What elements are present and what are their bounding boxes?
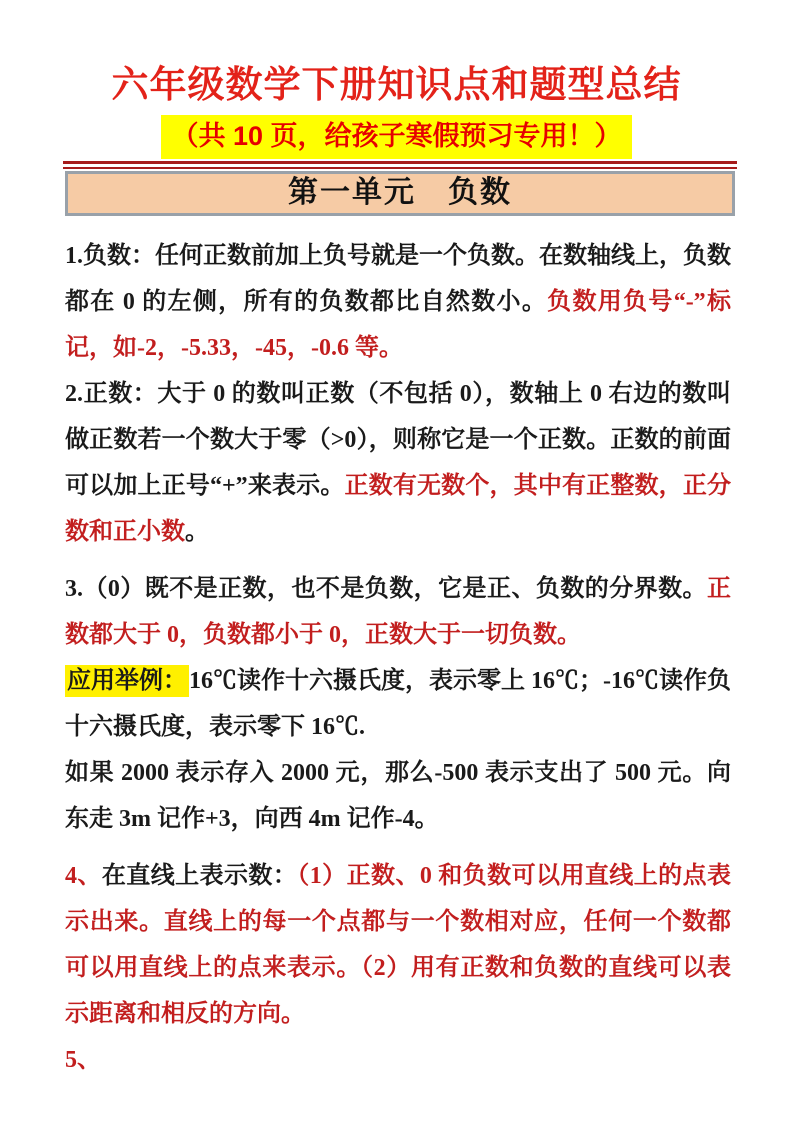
subtitle-row: （共 10 页，给孩子寒假预习专用！） — [0, 115, 793, 159]
document-body: 1.负数：任何正数前加上负号就是一个负数。在数轴线上，负数都在 0 的左侧，所有… — [65, 233, 731, 1083]
unit-heading-box: 第一单元 负数 — [65, 171, 735, 216]
paragraph-negative-number-definition: 1.负数：任何正数前加上负号就是一个负数。在数轴线上，负数都在 0 的左侧，所有… — [65, 233, 731, 371]
text-segment: 4、 — [65, 863, 102, 889]
text-segment: 。 — [185, 519, 209, 545]
document-subtitle: （共 10 页，给孩子寒假预习专用！） — [161, 115, 631, 159]
text-segment: 在直线上表示数： — [102, 863, 297, 889]
paragraph-zero-boundary: 3.（0）既不是正数，也不是负数，它是正、负数的分界数。正数都大于 0，负数都小… — [65, 566, 731, 658]
paragraph-number-line-representation: 4、在直线上表示数：（1）正数、0 和负数可以用直线上的点表示出来。直线上的每一… — [65, 853, 731, 1037]
text-segment: 3.（0）既不是正数，也不是负数，它是正、负数的分界数。 — [65, 576, 707, 602]
text-segment: 5、 — [65, 1047, 101, 1073]
document-title: 六年级数学下册知识点和题型总结 — [0, 62, 793, 108]
document-header: 六年级数学下册知识点和题型总结 （共 10 页，给孩子寒假预习专用！） 第一单元… — [0, 62, 793, 216]
double-red-divider — [63, 161, 737, 169]
document-page: 六年级数学下册知识点和题型总结 （共 10 页，给孩子寒假预习专用！） 第一单元… — [0, 0, 793, 1122]
unit-heading: 第一单元 负数 — [288, 176, 512, 209]
paragraph-application-example: 应用举例：16℃读作十六摄氏度，表示零上 16℃；-16℃读作负十六摄氏度，表示… — [65, 658, 731, 750]
highlighted-label: 应用举例： — [65, 665, 189, 697]
paragraph-deposit-direction-example: 如果 2000 表示存入 2000 元，那么-500 表示支出了 500 元。向… — [65, 750, 731, 842]
paragraph-positive-number-definition: 2.正数：大于 0 的数叫正数（不包括 0），数轴上 0 右边的数叫做正数若一个… — [65, 371, 731, 555]
paragraph-item-five: 5、 — [65, 1037, 731, 1083]
text-segment: 如果 2000 表示存入 2000 元，那么-500 表示支出了 500 元。向… — [65, 760, 731, 832]
